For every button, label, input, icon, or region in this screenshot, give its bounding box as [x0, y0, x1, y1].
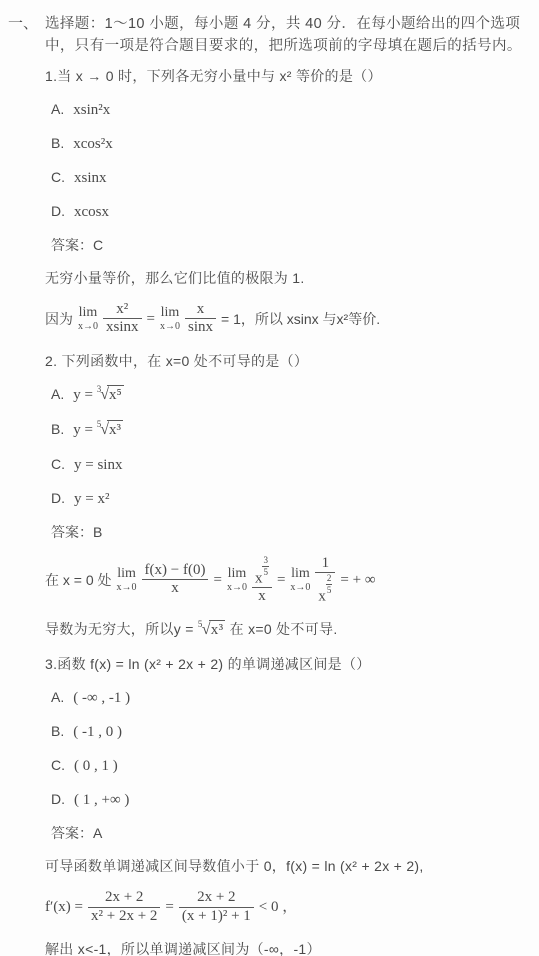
option-formula: y = sinx — [74, 457, 122, 473]
exponent-fraction: 25 — [326, 573, 333, 597]
fraction-numerator: x² — [103, 301, 142, 319]
root-index: 5 — [198, 619, 203, 629]
question-2-option-c: C.y = sinx — [45, 454, 527, 475]
option-label: A. — [51, 101, 64, 117]
option-label: B. — [51, 135, 64, 151]
question-1-solution-formula: 因为 lim x→0 x² xsinx = lim x→0 x sinx = 1… — [45, 301, 527, 337]
option-formula: xcosx — [74, 204, 109, 220]
limit-operator: lim x→0 — [160, 306, 180, 332]
option-formula: y = 3√x⁵ — [73, 387, 123, 403]
question-2-option-d: D.y = x² — [45, 488, 527, 509]
formula-suffix: = 1，所以 xsinx 与x²等价. — [221, 309, 380, 329]
formula-suffix: = + ∞ — [340, 570, 375, 590]
option-formula: xcos²x — [73, 136, 113, 152]
section-header: 一、 选择题：1～10 小题，每小题 4 分，共 40 分．在每小题给出的四个选… — [8, 13, 527, 57]
fraction-numerator: 1 — [315, 555, 335, 573]
question-3-title: 3.函数 f(x) = ln (x² + 2x + 2) 的单调递减区间是（） — [45, 654, 527, 674]
radicand: x³ — [209, 620, 226, 639]
question-1-title: 1.当 x → 0 时，下列各无穷小量中与 x² 等价的是（） — [45, 66, 527, 86]
fraction: 2x + 2 (x + 1)² + 1 — [179, 889, 254, 925]
question-3-option-d: D.( 1 , +∞ ) — [45, 789, 527, 810]
fraction-denominator: x² + 2x + 2 — [88, 908, 160, 925]
exponent-fraction: 35 — [262, 555, 269, 579]
fraction-numerator: x35 — [252, 555, 272, 589]
question-3-conclusion: 解出 x<-1，所以单调递减区间为（-∞，-1） — [45, 939, 527, 956]
fraction-numerator: 2x + 2 — [88, 889, 160, 907]
question-1-answer: 答案：C — [45, 235, 527, 255]
question-2-option-a: A.y = 3√x⁵ — [45, 384, 527, 406]
option-label: B. — [51, 723, 64, 739]
question-1-option-b: B.xcos²x — [45, 133, 527, 154]
fraction-denominator: sinx — [185, 319, 216, 336]
fraction-denominator: x — [142, 580, 209, 597]
limit-operator: lim x→0 — [78, 306, 98, 332]
question-1-solution-text: 无穷小量等价，那么它们比值的极限为 1. — [45, 268, 527, 288]
question-2-solution-text: 导数为无穷大，所以y = 5√x³ 在 x=0 处不可导. — [45, 619, 527, 641]
question-3-option-c: C.( 0 , 1 ) — [45, 755, 527, 776]
option-formula: xsinx — [74, 170, 107, 186]
option-formula: xsin²x — [73, 102, 110, 118]
fraction: f(x) − f(0) x — [142, 562, 209, 598]
fraction: 2x + 2 x² + 2x + 2 — [88, 889, 160, 925]
option-formula: ( -1 , 0 ) — [73, 724, 122, 740]
question-1-option-d: D.xcosx — [45, 201, 527, 222]
question-3-solution-formula: f′(x) = 2x + 2 x² + 2x + 2 = 2x + 2 (x +… — [45, 889, 527, 925]
option-label: C. — [51, 456, 65, 472]
option-label: D. — [51, 791, 65, 807]
formula-suffix: < 0 ， — [259, 897, 297, 917]
limit-operator: lim x→0 — [227, 567, 247, 593]
fraction: x² xsinx — [103, 301, 142, 337]
questions-content: 1.当 x → 0 时，下列各无穷小量中与 x² 等价的是（） A.xsin²x… — [45, 66, 527, 956]
option-label: A. — [51, 386, 64, 402]
fraction-numerator: x — [185, 301, 216, 319]
equals-sign: = — [277, 570, 285, 590]
equals-sign: = — [165, 897, 173, 917]
formula-prefix: 因为 — [45, 309, 73, 329]
option-formula: y = x² — [74, 491, 109, 507]
formula-prefix: f′(x) = — [45, 897, 83, 917]
question-1-option-c: C.xsinx — [45, 167, 527, 188]
option-label: D. — [51, 203, 65, 219]
question-2-option-b: B.y = 5√x³ — [45, 419, 527, 441]
fraction-numerator: f(x) − f(0) — [142, 562, 209, 580]
equals-sign: = — [213, 570, 221, 590]
limit-operator: lim x→0 — [117, 567, 137, 593]
radicand: x³ — [107, 420, 123, 439]
formula-prefix: 在 x = 0 处 — [45, 570, 112, 590]
fraction: x sinx — [185, 301, 216, 337]
radical-expression: 5√x³ — [198, 620, 226, 641]
question-2-answer: 答案：B — [45, 522, 527, 542]
question-3-option-b: B.( -1 , 0 ) — [45, 721, 527, 742]
option-formula: ( 1 , +∞ ) — [74, 792, 129, 808]
radicand: x⁵ — [107, 385, 124, 404]
option-formula: ( 0 , 1 ) — [74, 758, 118, 774]
equals-sign: = — [147, 309, 155, 329]
fraction-numerator: 2x + 2 — [179, 889, 254, 907]
limit-operator: lim x→0 — [290, 567, 310, 593]
question-3-option-a: A.( -∞ , -1 ) — [45, 687, 527, 708]
root-index: 5 — [97, 419, 102, 429]
fraction-denominator: xsinx — [103, 319, 142, 336]
option-formula: ( -∞ , -1 ) — [73, 690, 130, 706]
fraction-denominator: (x + 1)² + 1 — [179, 908, 254, 925]
question-2-title: 2. 下列函数中，在 x=0 处不可导的是（） — [45, 351, 527, 371]
option-label: C. — [51, 169, 65, 185]
radical-expression: 3√x⁵ — [97, 385, 124, 406]
question-2-solution-formula: 在 x = 0 处 lim x→0 f(x) − f(0) x = lim x→… — [45, 555, 527, 606]
exam-document-page: 一、 选择题：1～10 小题，每小题 4 分，共 40 分．在每小题给出的四个选… — [0, 0, 539, 956]
fraction-denominator: x25 — [315, 573, 335, 606]
option-formula: y = 5√x³ — [73, 422, 123, 438]
section-number: 一、 — [8, 13, 45, 57]
fraction: 1 x25 — [315, 555, 335, 606]
option-label: A. — [51, 689, 64, 705]
option-label: D. — [51, 490, 65, 506]
root-index: 3 — [97, 384, 102, 394]
fraction-denominator: x — [252, 588, 272, 605]
radical-expression: 5√x³ — [97, 420, 123, 441]
option-label: B. — [51, 421, 64, 437]
question-3-solution-text: 可导函数单调递减区间导数值小于 0，f(x) = ln (x² + 2x + 2… — [45, 856, 527, 876]
question-1-option-a: A.xsin²x — [45, 99, 527, 120]
section-intro-text: 选择题：1～10 小题，每小题 4 分，共 40 分．在每小题给出的四个选项中，… — [45, 13, 527, 57]
option-label: C. — [51, 757, 65, 773]
question-3-answer: 答案：A — [45, 823, 527, 843]
fraction: x35 x — [252, 555, 272, 606]
